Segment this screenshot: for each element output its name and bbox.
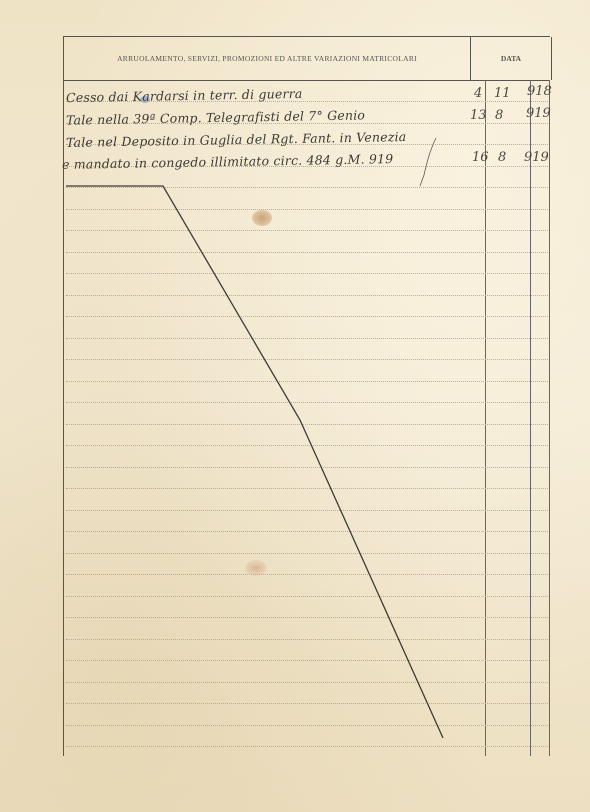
cancellation-stroke xyxy=(0,0,590,812)
